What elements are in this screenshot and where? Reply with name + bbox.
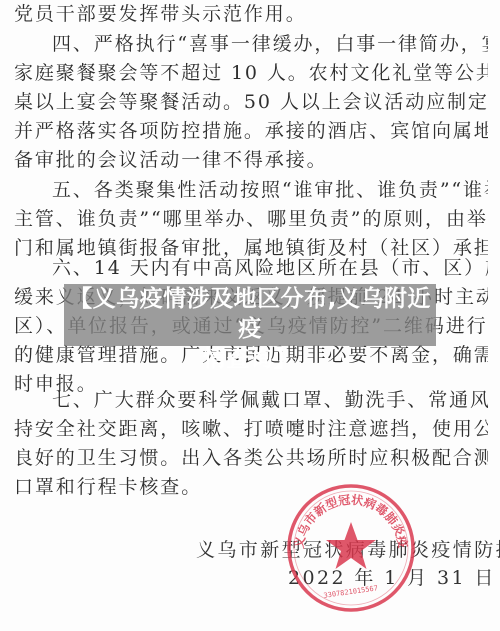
svg-text:3307821015567: 3307821015567 <box>323 584 378 600</box>
text-line: 备审批的会议活动一律不得承接。 <box>14 146 488 175</box>
text-line: 桌以上宴会等聚餐活动。50 人以上会议活动应制定疫情防控方案， <box>14 88 488 117</box>
text-line: 家庭聚餐聚会等不超过 10 人。农村文化礼堂等公共场所一律停办 5 <box>14 59 488 88</box>
text-line: 良好的卫生习惯。出入各类公共场所时应积极配合测温、亮码、戴 <box>14 444 488 473</box>
text-line: 四、严格执行“喜事一律缓办，白事一律简办，宴会一律不办”， <box>14 30 488 59</box>
document-page: 党员干部要发挥带头示范作用。 四、严格执行“喜事一律缓办，白事一律简办，宴会一律… <box>0 0 500 631</box>
text-line: 主管、谁负责”“哪里举办、哪里负责”的原则，由举办单位向主管部 <box>14 205 488 234</box>
text-line: 并严格落实各项防控措施。承接的酒店、宾馆向属地报备，未经报 <box>14 117 488 146</box>
overlay-title-line-1: 【义乌疫情涉及地区分布,义乌附近疫 <box>64 284 436 344</box>
text-line: 持安全社交距离，咳嗽、打喷嚏时注意遮挡，使用公筷公勺，养成 <box>14 415 488 444</box>
overlay-title[interactable]: 【义乌疫情涉及地区分布,义乌附近疫 情查询】 <box>64 284 436 374</box>
text-line: 六、14 天内有中高风险地区所在县（市、区）旅居史的人员暂 <box>14 254 488 283</box>
text-line: 党员干部要发挥带头示范作用。 <box>14 0 488 29</box>
official-seal-icon: 义乌市新型冠状病毒肺炎疫情防控指挥部 3307821015567 <box>285 482 417 614</box>
text-line: 五、各类聚集性活动按照“谁审批、谁负责”“谁举办、谁负责”“谁 <box>14 176 488 205</box>
text-line: 七、广大群众要科学佩戴口罩、勤洗手、常通风、不聚集，保 <box>14 386 488 415</box>
overlay-title-line-2: 情查询】 <box>64 344 436 374</box>
